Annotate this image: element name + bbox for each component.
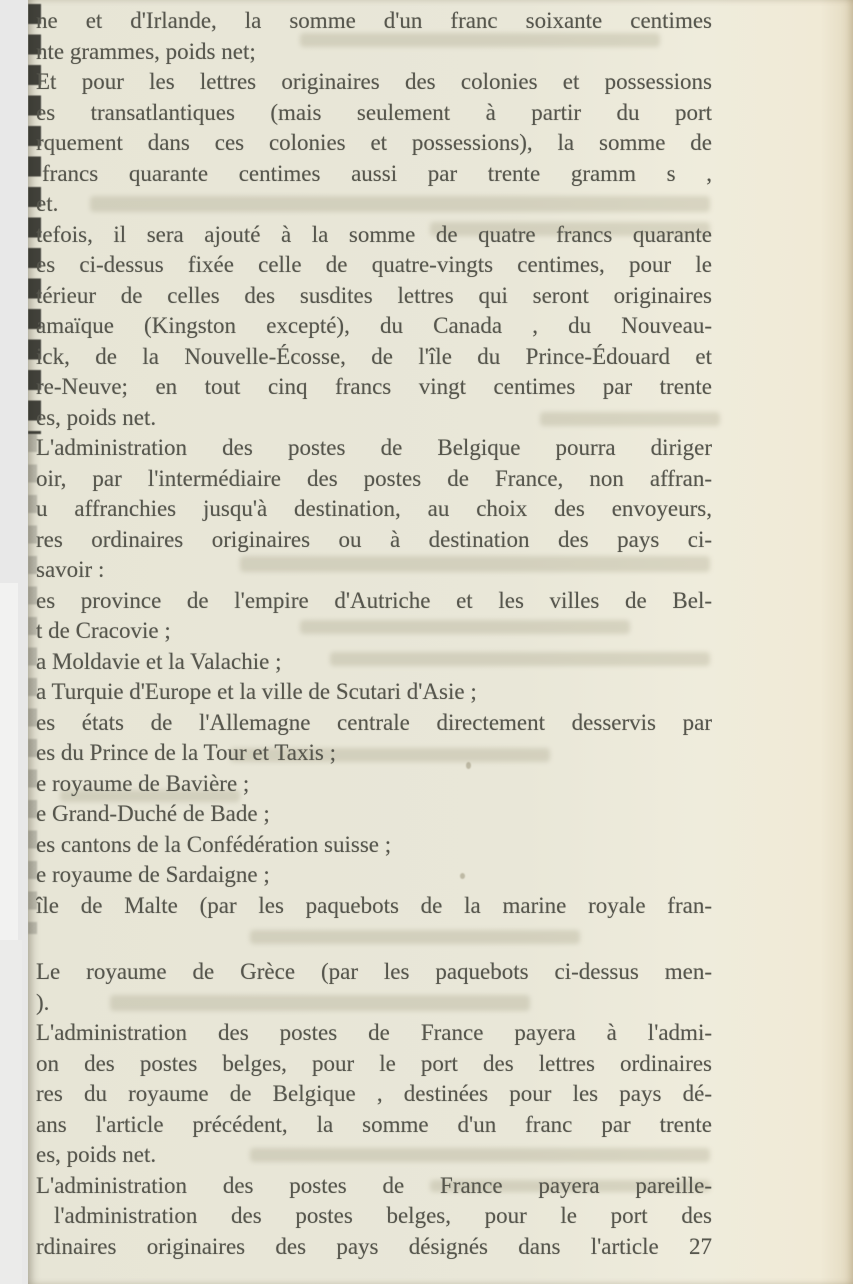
text-line: nte grammes, poids net; — [36, 37, 712, 68]
text-line: ne et d'Irlande, la somme d'un franc soi… — [36, 6, 712, 37]
text-line: re-Neuve; en tout cinq francs vingt cent… — [36, 372, 712, 403]
text-line: l'administration des postes belges, pour… — [36, 1201, 712, 1232]
text-line: île de Malte (par les paquebots de la ma… — [36, 891, 712, 922]
text-line: tefois, il sera ajouté à la somme de qua… — [36, 220, 712, 251]
text-line: L'administration des postes de France pa… — [36, 1018, 712, 1049]
text-line: a Moldavie et la Valachie ; — [36, 647, 712, 678]
text-line: oir, par l'intermédiaire des postes de F… — [36, 464, 712, 495]
page-text-column: ne et d'Irlande, la somme d'un franc soi… — [36, 6, 712, 1262]
text-line: es du Prince de la Tour et Taxis ; — [36, 738, 712, 769]
text-line: rquement dans ces colonies et possession… — [36, 128, 712, 159]
text-line: Le royaume de Grèce (par les paquebots c… — [36, 957, 712, 988]
text-line: ). — [36, 988, 712, 1019]
paragraph-gap — [36, 921, 712, 957]
text-line: amaïque (Kingston excepté), du Canada , … — [36, 311, 712, 342]
text-line: L'administration des postes de Belgique … — [36, 433, 712, 464]
scanned-book-page-screenshot: { "doc": { "description": "Scanned page … — [0, 0, 853, 1284]
text-line: térieur de celles des susdites lettres q… — [36, 281, 712, 312]
text-line: a Turquie d'Europe et la ville de Scutar… — [36, 677, 712, 708]
text-line: on des postes belges, pour le port des l… — [36, 1049, 712, 1080]
text-line: Et pour les lettres originaires des colo… — [36, 67, 712, 98]
text-line: res ordinaires originaires ou à destinat… — [36, 525, 712, 556]
text-line: e Grand-Duché de Bade ; — [36, 799, 712, 830]
text-line: u affranchies jusqu'à destination, au ch… — [36, 494, 712, 525]
scanner-margin-bottom — [0, 940, 22, 1284]
text-line: es, poids net. — [36, 1140, 712, 1171]
text-line: rdinaires originaires des pays désignés … — [36, 1232, 712, 1263]
text-line: L'administration des postes de France pa… — [36, 1171, 712, 1202]
text-line: ans l'article précédent, la somme d'un f… — [36, 1110, 712, 1141]
text-line: e royaume de Bavière ; — [36, 769, 712, 800]
text-line: francs quarante centimes aussi par trent… — [36, 159, 712, 190]
text-line: es province de l'empire d'Autriche et le… — [36, 586, 712, 617]
text-line: ick, de la Nouvelle-Écosse, de l'île du … — [36, 342, 712, 373]
text-line: es, poids net. — [36, 403, 712, 434]
text-line: savoir : — [36, 555, 712, 586]
text-line: e royaume de Sardaigne ; — [36, 860, 712, 891]
text-line: et. — [36, 189, 712, 220]
scanned-page: ne et d'Irlande, la somme d'un franc soi… — [28, 0, 853, 1284]
scanner-margin-step — [0, 583, 18, 940]
text-line: es transatlantiques (mais seulement à pa… — [36, 98, 712, 129]
text-line: t de Cracovie ; — [36, 616, 712, 647]
text-line: res du royaume de Belgique , destinées p… — [36, 1079, 712, 1110]
text-line: es ci-dessus fixée celle de quatre-vingt… — [36, 250, 712, 281]
text-line: es cantons de la Confédération suisse ; — [36, 830, 712, 861]
text-line: es états de l'Allemagne centrale directe… — [36, 708, 712, 739]
